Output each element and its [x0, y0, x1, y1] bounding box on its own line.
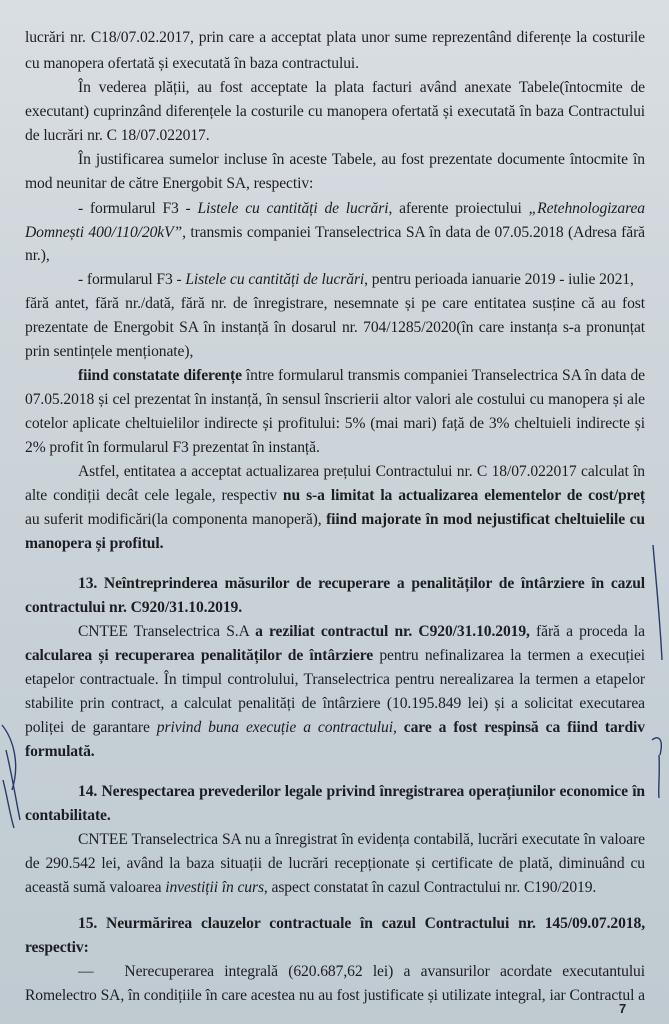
text-line: alte condiții decât cele legale, respect… [25, 486, 645, 506]
text-line: formulată. [25, 742, 95, 762]
bullet-item: - formularul F3 - Listele cu cantități d… [78, 270, 634, 290]
section-13-heading: contractului nr. C920/31.10.2019. [25, 598, 242, 618]
text-line: lucrări nr. C18/07.02.2017, prin care a … [25, 28, 645, 48]
text-line: executant) cuprinzând diferențele la cos… [25, 102, 645, 122]
text-line: prezentate de Energobit SA în instanță î… [25, 318, 645, 338]
text-line: manopera și profitul. [25, 534, 163, 554]
text-line: cotelor aplicate cheltuielilor indirecte… [25, 414, 645, 434]
text-line: Astfel, entitatea a acceptat actualizare… [78, 462, 645, 482]
list-item: — Nerecuperarea integrală (620.687,62 le… [78, 962, 645, 982]
text-line: de 290.542 lei, având la baza situații d… [25, 854, 645, 874]
text-line: de lucrări nr. C 18/07.022017. [25, 126, 210, 146]
bullet-item: - formularul F3 - Listele cu cantități d… [78, 199, 645, 219]
text-line: poliței de garantare privind buna execuț… [25, 718, 645, 738]
text-line: În vederea plății, au fost acceptate la … [78, 78, 645, 98]
text-line: fiind constatate diferențe între formula… [78, 366, 645, 386]
text-line: prin sentințele menționate), [25, 342, 193, 362]
document-page: lucrări nr. C18/07.02.2017, prin care a … [0, 0, 669, 1024]
text-line: au suferit modificări(la componenta mano… [25, 510, 645, 530]
section-15-heading: respectiv: [25, 938, 89, 958]
text-line: CNTEE Transelectrica S.A a reziliat cont… [78, 622, 645, 642]
section-15-heading: 15. Neurmărirea clauzelor contractuale î… [78, 914, 645, 934]
section-14-heading: contabilitate. [25, 806, 111, 826]
text-line: această sumă valoarea investiții în curs… [25, 878, 596, 898]
text-line: stabilite prin contract, a calculat pena… [25, 694, 645, 714]
text-line: fără antet, fără nr./dată, fără nr. de î… [25, 294, 645, 314]
text-line: cu manopera ofertată și executată în baz… [25, 54, 359, 74]
text-line: 2% profit în formularul F3 prezentat în … [25, 438, 320, 458]
page-number: 7 [619, 1001, 626, 1016]
text-line: În justificarea sumelor incluse în acest… [78, 150, 645, 170]
text-line: CNTEE Transelectrica SA nu a înregistrat… [78, 830, 645, 850]
text-line: Romelectro SA, în condițiile în care ace… [25, 986, 645, 1006]
section-13-heading: 13. Neîntreprinderea măsurilor de recupe… [78, 574, 645, 594]
text-line: 07.05.2018 și cel prezentat în instanță,… [25, 390, 645, 410]
text-line: etapelor contractuale. În timpul control… [25, 670, 645, 690]
text-line: Domnești 400/110/20kV”, transmis compani… [25, 223, 645, 243]
text-line: calcularea și recuperarea penalităților … [25, 646, 645, 666]
text-line: nr.), [25, 246, 50, 266]
text-line: mod neunitar de către Energobit SA, resp… [25, 174, 313, 194]
handwritten-margin-mark-right [650, 540, 669, 800]
section-14-heading: 14. Nerespectarea prevederilor legale pr… [78, 782, 645, 802]
